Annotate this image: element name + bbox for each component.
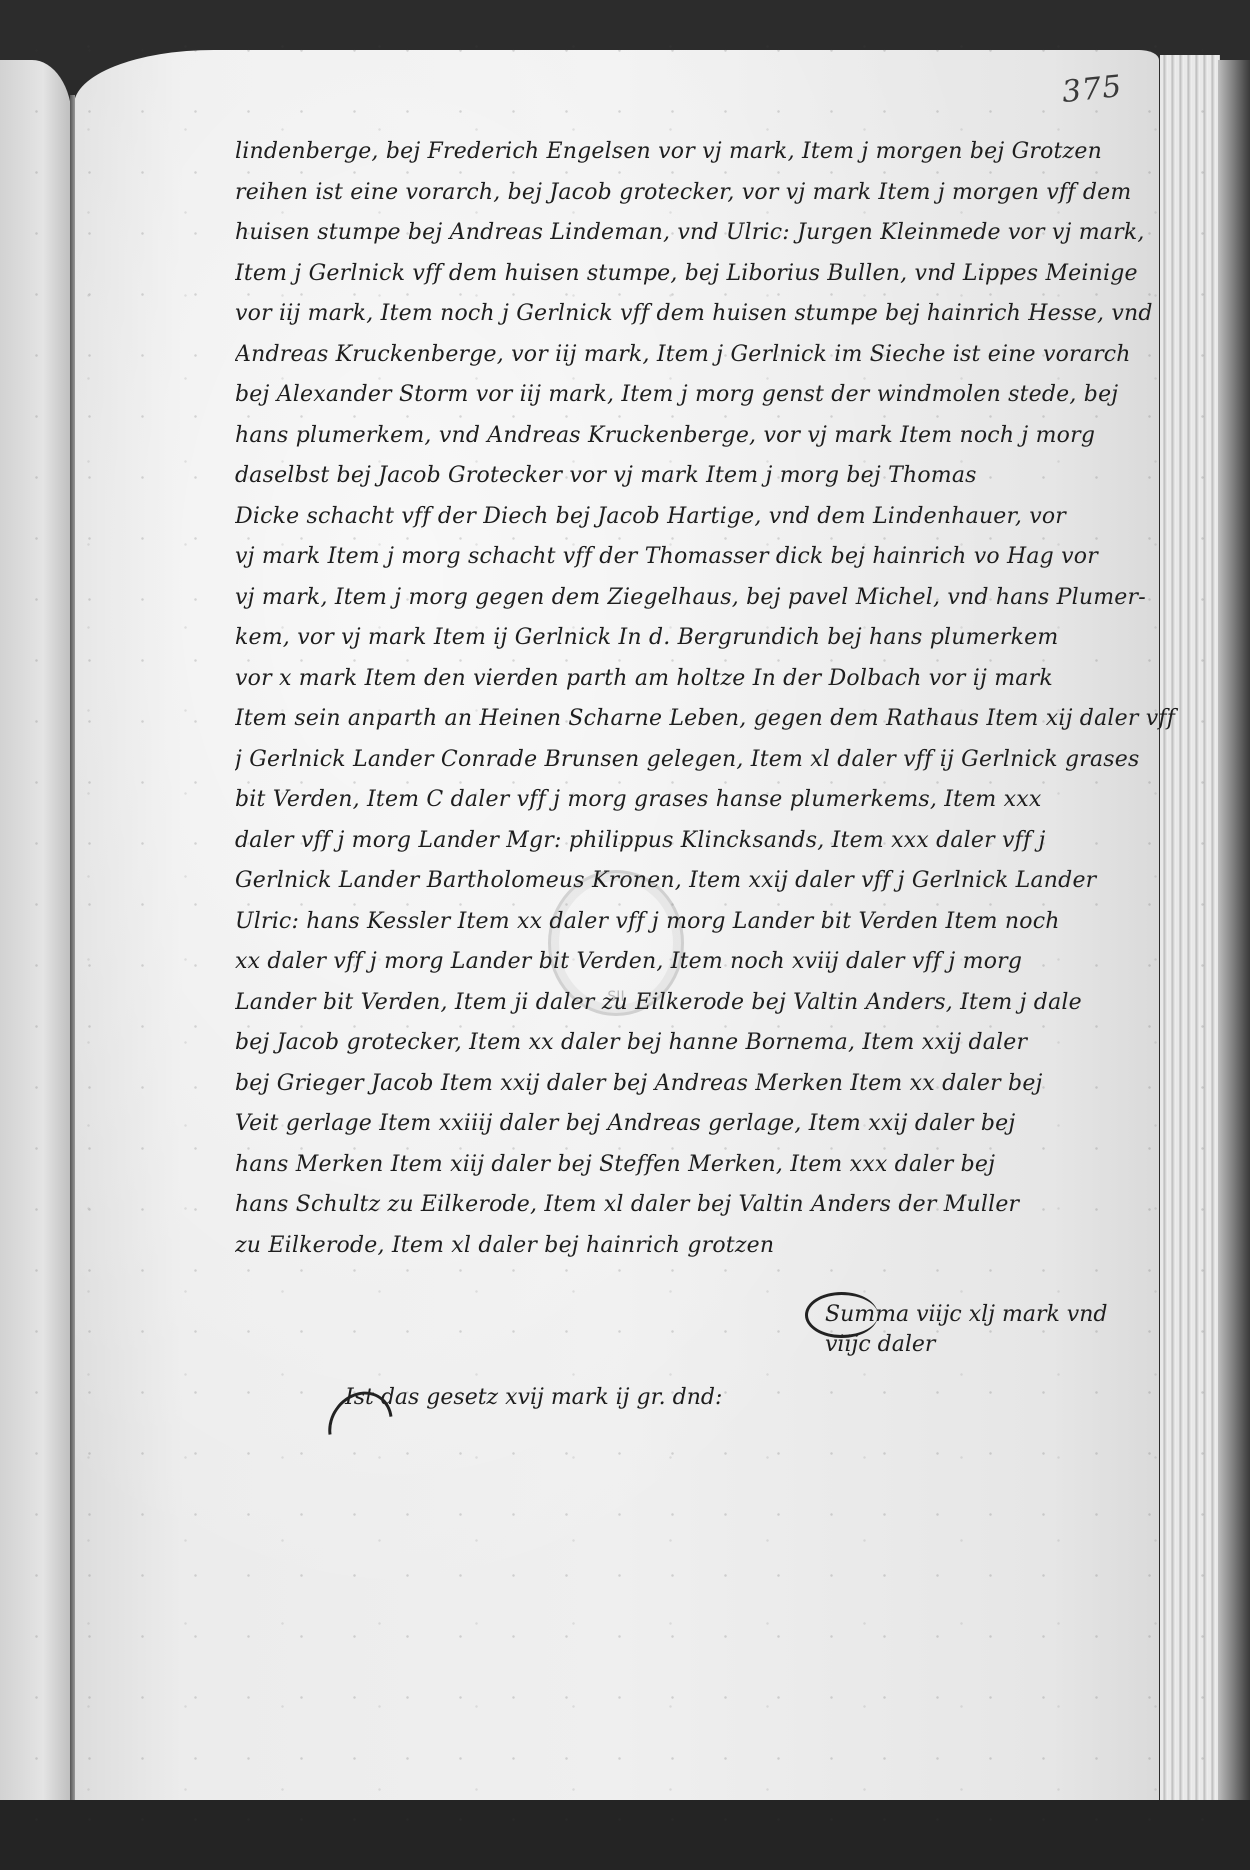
text-line: Dicke schacht vff der Diech bej Jacob Ha… (235, 497, 1220, 538)
folio-number: 375 (1060, 69, 1124, 110)
text-line: bej Jacob grotecker, Item xx daler bej h… (235, 1023, 1220, 1064)
text-line: huisen stumpe bej Andreas Lindeman, vnd … (235, 213, 1220, 254)
text-line: hans plumerkem, vnd Andreas Kruckenberge… (235, 416, 1220, 457)
text-line: xx daler vff j morg Lander bit Verden, I… (235, 942, 1220, 983)
text-line: vj mark, Item j morg gegen dem Ziegelhau… (235, 578, 1220, 619)
text-line: vor iij mark, Item noch j Gerlnick vff d… (235, 294, 1220, 335)
summa-line-2: viijc daler (825, 1330, 1107, 1360)
text-line: Andreas Kruckenberge, vor iij mark, Item… (235, 335, 1220, 376)
closing-line: Ist das gesetz xvij mark ij gr. dnd: (345, 1385, 722, 1410)
text-line: Ulric: hans Kessler Item xx daler vff j … (235, 902, 1220, 943)
scanner-background-bottom (0, 1800, 1250, 1870)
text-line: bit Verden, Item C daler vff j morg gras… (235, 780, 1220, 821)
text-line: j Gerlnick Lander Conrade Brunsen gelege… (235, 740, 1220, 781)
text-line: hans Merken Item xiij daler bej Steffen … (235, 1145, 1220, 1186)
text-line: Veit gerlage Item xxiiij daler bej Andre… (235, 1104, 1220, 1145)
text-line: vj mark Item j morg schacht vff der Thom… (235, 537, 1220, 578)
text-line: Item j Gerlnick vff dem huisen stumpe, b… (235, 254, 1220, 295)
text-line: lindenberge, bej Frederich Engelsen vor … (235, 132, 1220, 173)
text-line: Lander bit Verden, Item ji daler zu Eilk… (235, 983, 1220, 1024)
text-line: bej Grieger Jacob Item xxij daler bej An… (235, 1064, 1220, 1105)
text-line: daselbst bej Jacob Grotecker vor vj mark… (235, 456, 1220, 497)
text-line: zu Eilkerode, Item xl daler bej hainrich… (235, 1226, 1220, 1267)
text-line: daler vff j morg Lander Mgr: philippus K… (235, 821, 1220, 862)
text-line: vor x mark Item den vierden parth am hol… (235, 659, 1220, 700)
text-line: Gerlnick Lander Bartholomeus Kronen, Ite… (235, 861, 1220, 902)
text-line: bej Alexander Storm vor iij mark, Item j… (235, 375, 1220, 416)
text-line: hans Schultz zu Eilkerode, Item xl daler… (235, 1185, 1220, 1226)
text-line: kem, vor vj mark Item ij Gerlnick In d. … (235, 618, 1220, 659)
flourish-icon (805, 1292, 878, 1338)
manuscript-scan: 375 SII lindenberge, bej Frederich Engel… (0, 0, 1250, 1870)
manuscript-body: lindenberge, bej Frederich Engelsen vor … (235, 132, 1220, 1266)
page-stack-shadow (1218, 60, 1250, 1810)
book-gutter (70, 95, 75, 1815)
text-line: reihen ist eine vorarch, bej Jacob grote… (235, 173, 1220, 214)
text-line: Item sein anparth an Heinen Scharne Lebe… (235, 699, 1220, 740)
left-page-edge (0, 60, 72, 1820)
summa-note: Summa viijc xlj mark vnd viijc daler (825, 1300, 1107, 1360)
closing-text: Ist das gesetz xvij mark ij gr. dnd: (345, 1385, 722, 1410)
